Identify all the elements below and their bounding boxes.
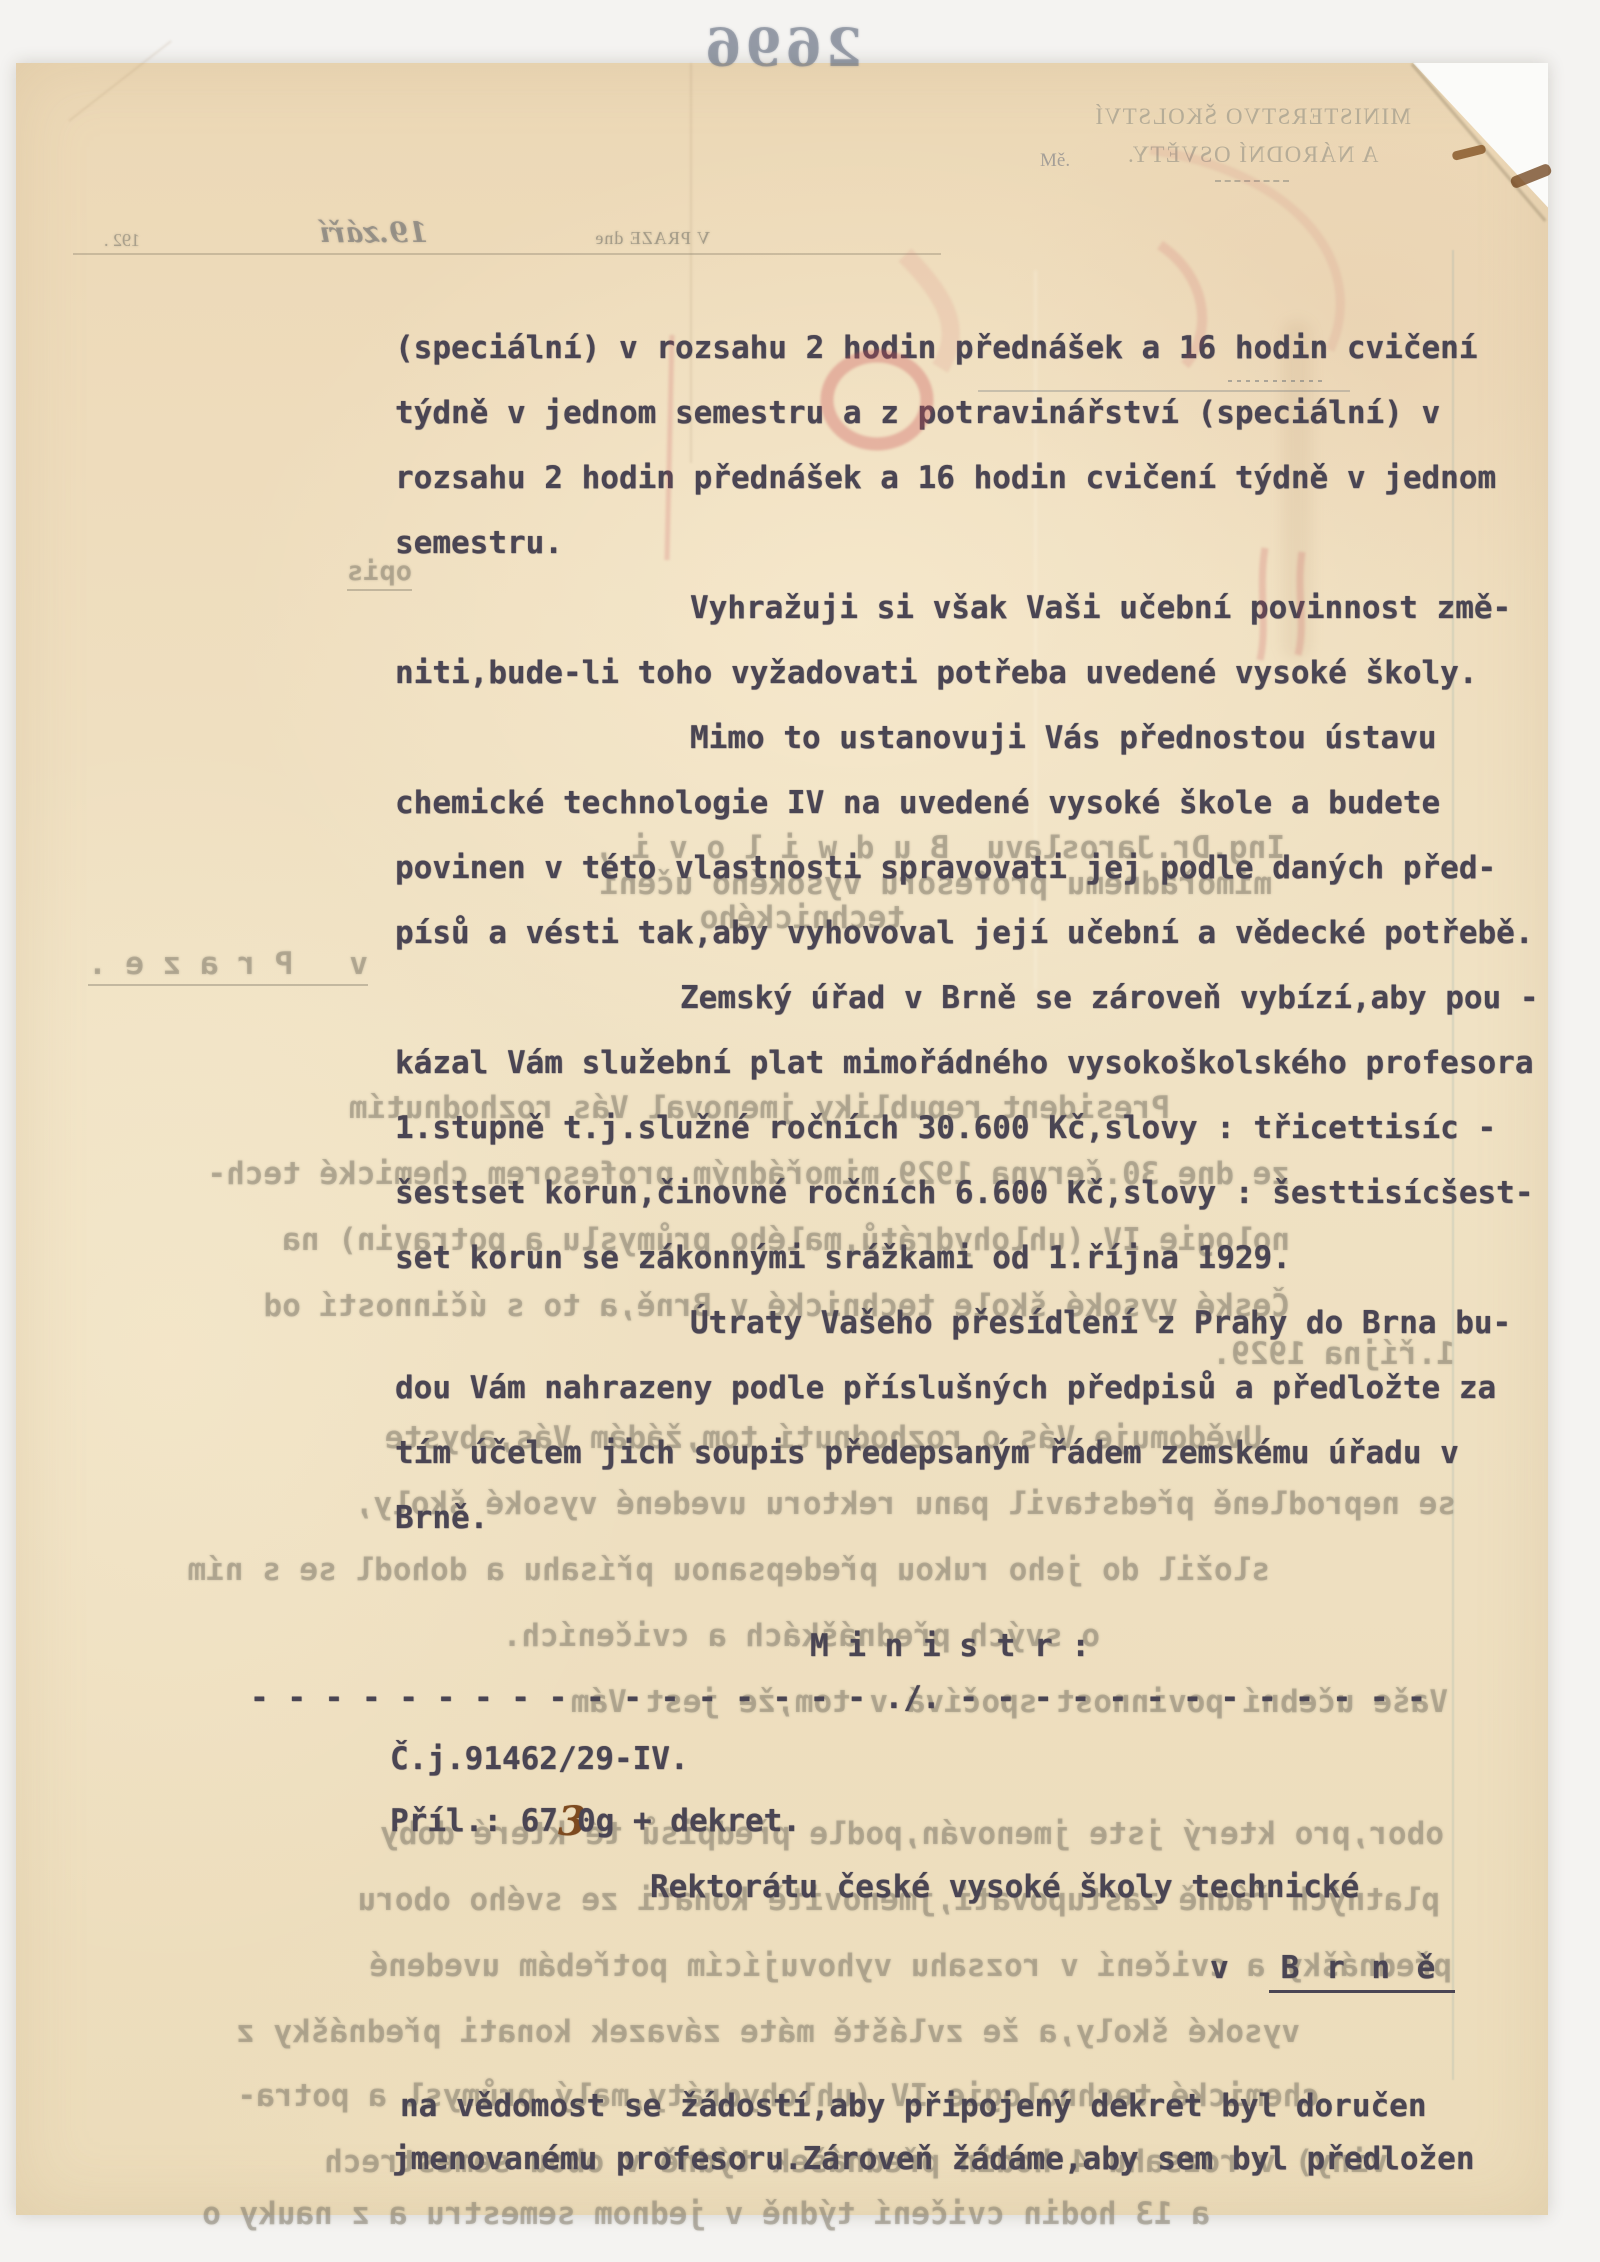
typed-line: kázal Vám služební plat mimořádného vyso… (395, 1045, 1533, 1081)
bleed-dotted-line (1228, 380, 1324, 382)
bleed-underline (978, 390, 1350, 392)
typed-line: Mimo to ustanovuji Vás přednostou ústavu (690, 720, 1437, 756)
bleed-dateline-year: 192 . (104, 230, 140, 251)
minister-signature-label: M i n i s t r : (810, 1628, 1090, 1664)
bleedthrough-line: a 13 hodin cvičení týdně v jednom semest… (202, 2196, 1210, 2232)
typed-line: týdně v jednom semestru a z potravinářst… (395, 395, 1440, 431)
bleedthrough-line: 1.října 1929. (1212, 1336, 1455, 1372)
typed-line: Vyhražuji si však Vaši učební povinnost … (690, 590, 1511, 626)
typed-line: písů a vésti tak,aby vyhovoval její učeb… (395, 915, 1533, 951)
typed-line: rozsahu 2 hodin přednášek a 16 hodin cvi… (395, 460, 1496, 496)
addressee-line: Rektorátu české vysoké školy technické (650, 1869, 1359, 1905)
bleed-page-number: 2696 (702, 18, 862, 79)
enclosure-suffix: 0g + dekret. (577, 1803, 801, 1839)
handwritten-digit: 3 (558, 1798, 577, 1845)
margin-note: Mě. (1040, 150, 1070, 172)
bleedthrough-line: vysoké školy,a že zvláště máte závazek k… (236, 2014, 1300, 2050)
footer-line: na vědomost se žádostí,aby připojený dek… (400, 2088, 1427, 2124)
bleed-dateline-place: V PRAZE dne (594, 228, 710, 249)
typed-line: 1.stupně t.j.služné ročních 30.600 Kč,sl… (395, 1110, 1496, 1146)
addressee-city: B r n ě (1269, 1950, 1456, 1993)
footer-line: jmenovanému profesoru.Zároveň žádáme,aby… (392, 2141, 1475, 2177)
typed-line: šestset korun,činovné ročních 6.600 Kč,s… (395, 1175, 1533, 1211)
typed-line: tím účelem jich soupis předepsaným řádem… (395, 1435, 1459, 1471)
bleed-letterhead-line2: A NÁRODNÍ OSVĚTY. (1080, 136, 1425, 174)
typed-line: Útraty Vašeho přesídlení z Prahy do Brna… (690, 1305, 1511, 1341)
typed-line: Zemský úřad v Brně se zároveň vybízí,aby… (680, 980, 1539, 1016)
typed-line: niti,bude-li toho vyžadovati potřeba uve… (395, 655, 1478, 691)
typed-line: (speciální) v rozsahu 2 hodin přednášek … (395, 330, 1478, 366)
typed-line: povinen v této vlastnosti spravovati jej… (395, 850, 1496, 886)
addressee-city-line: vB r n ě (1210, 1950, 1455, 1986)
reference-number: Č.j.91462/29-IV. (390, 1741, 689, 1777)
bleed-handwritten-date: 19.září (320, 216, 428, 249)
bleedthrough-line: v P r a z e . (88, 946, 368, 986)
addressee-city-prefix: v (1210, 1950, 1229, 1986)
scratch-line (1452, 250, 1454, 2080)
enclosure-line: Příl.: 6730g + dekret. (390, 1798, 801, 1845)
bleedthrough-line: se neprodleně představil panu rektoru uv… (355, 1486, 1456, 1522)
typed-line: Brně. (395, 1500, 488, 1536)
bleed-ministry-letterhead: MINISTERSTVO ŠKOLSTVÍ A NÁRODNÍ OSVĚTY. (1080, 98, 1425, 182)
bleed-letterhead-rule (1216, 180, 1290, 182)
scanned-letter-page: 2696 MINISTERSTVO ŠKOLSTVÍ A NÁRODNÍ OSV… (0, 0, 1600, 2262)
typed-line: semestru. (395, 525, 563, 561)
typed-line: chemické technologie IV na uvedené vysok… (395, 785, 1440, 821)
typed-line: set korun se zákonnými srážkami od 1.říj… (395, 1240, 1291, 1276)
enclosure-prefix: Příl.: 67 (390, 1803, 558, 1839)
bleed-letterhead-line1: MINISTERSTVO ŠKOLSTVÍ (1080, 98, 1425, 136)
bleedthrough-line: složil do jeho rukou předepsanou přísahu… (188, 1552, 1271, 1588)
bleed-dateline-rule (73, 253, 941, 255)
signature-dashed-rule: - - - - - - - - - - - - - - - - - ./. - … (250, 1680, 1444, 1716)
typed-line: dou Vám nahrazeny podle příslušných před… (395, 1370, 1496, 1406)
bleedthrough-line: opis (347, 556, 412, 591)
